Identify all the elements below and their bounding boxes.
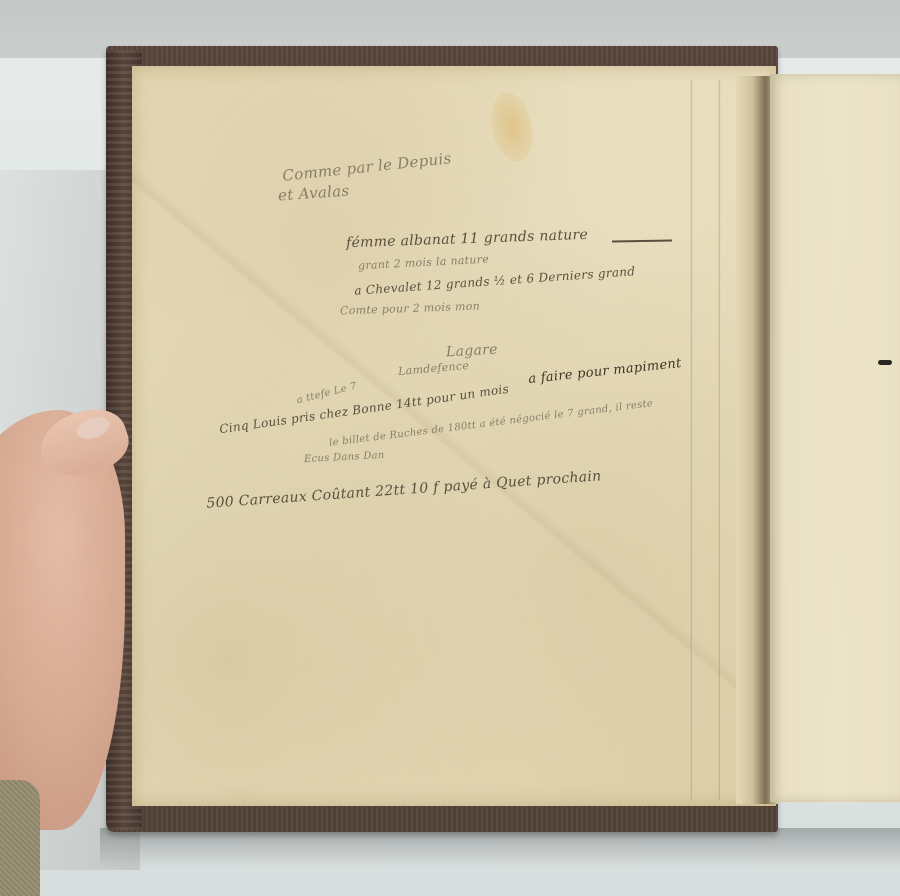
paper-crease [690, 80, 693, 800]
flyleaf-page [770, 74, 900, 802]
ink-blot [878, 360, 892, 365]
manuscript-block2-line1: Lagare [446, 342, 499, 361]
book-shadow [100, 828, 900, 868]
pastedown-page [132, 66, 776, 806]
sleeve-cuff [0, 780, 40, 896]
paper-crease [718, 80, 721, 800]
